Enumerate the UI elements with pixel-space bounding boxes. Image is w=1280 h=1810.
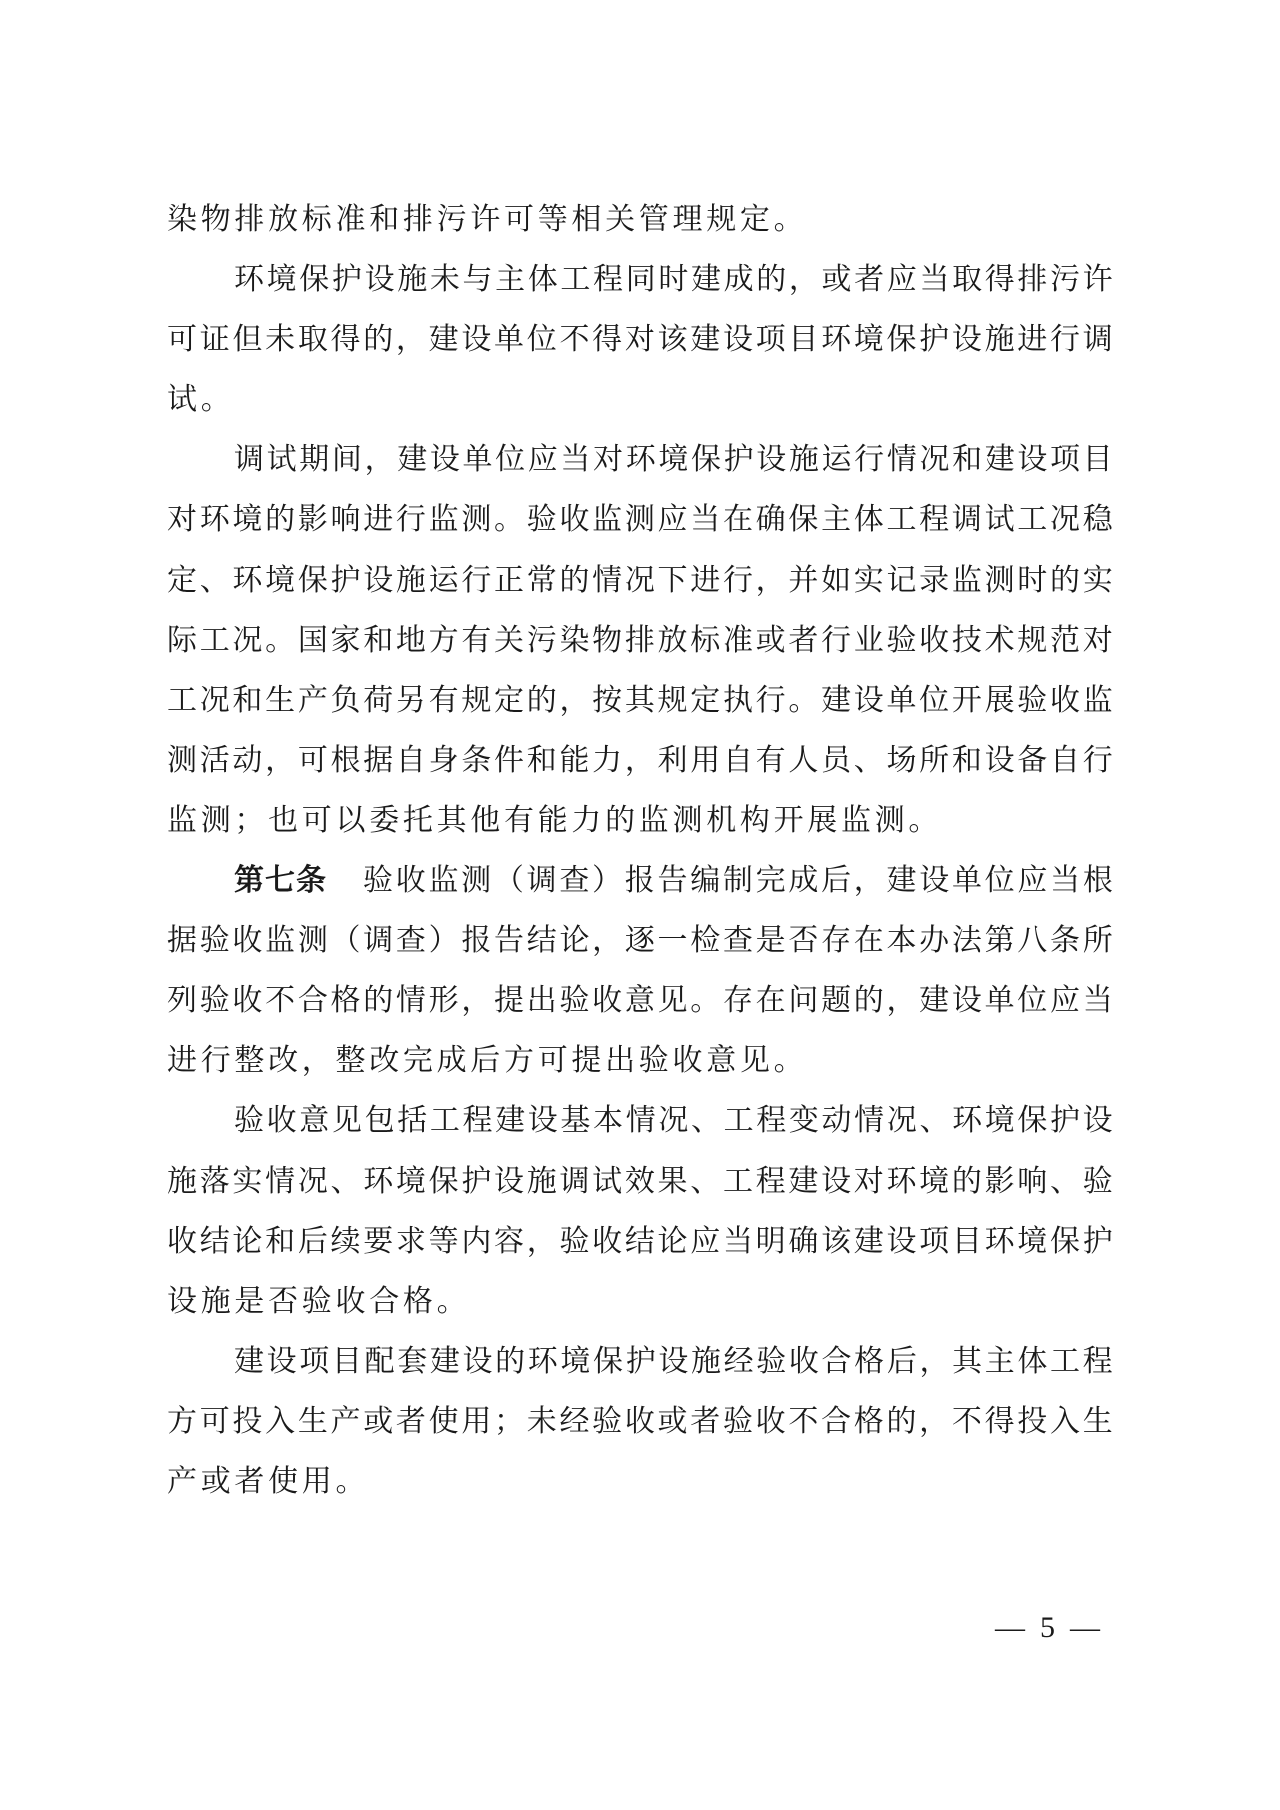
paragraph: 验收意见包括工程建设基本情况、工程变动情况、环境保护设施落实情况、环境保护设施调… bbox=[167, 1091, 1113, 1331]
paragraph: 调试期间，建设单位应当对环境保护设施运行情况和建设项目对环境的影响进行监测。验收… bbox=[167, 430, 1113, 851]
paragraph: 染物排放标准和排污许可等相关管理规定。 bbox=[167, 190, 1113, 250]
line-text: 设施是否验收合格。 bbox=[167, 1272, 470, 1332]
text-line: 对环境的影响进行监测。验收监测应当在确保主体工程调试工况稳 bbox=[167, 490, 1113, 550]
line-text: 列验收不合格的情形，提出验收意见。存在问题的，建设单位应当 bbox=[167, 971, 1113, 1031]
line-text: 监测；也可以委托其他有能力的监测机构开展监测。 bbox=[167, 791, 942, 851]
text-line: 据验收监测（调查）报告结论，逐一检查是否存在本办法第八条所 bbox=[167, 911, 1113, 971]
article-label: 第七条 bbox=[234, 851, 327, 911]
line-text: 调试期间，建设单位应当对环境保护设施运行情况和建设项目 bbox=[234, 430, 1113, 490]
text-line: 调试期间，建设单位应当对环境保护设施运行情况和建设项目 bbox=[167, 430, 1113, 490]
paragraph: 环境保护设施未与主体工程同时建成的，或者应当取得排污许可证但未取得的，建设单位不… bbox=[167, 250, 1113, 430]
text-line: 环境保护设施未与主体工程同时建成的，或者应当取得排污许 bbox=[167, 250, 1113, 310]
page-number: — 5 — bbox=[995, 1611, 1100, 1645]
text-line: 监测；也可以委托其他有能力的监测机构开展监测。 bbox=[167, 791, 1113, 851]
text-line: 列验收不合格的情形，提出验收意见。存在问题的，建设单位应当 bbox=[167, 971, 1113, 1031]
text-line: 第七条验收监测（调查）报告编制完成后，建设单位应当根 bbox=[167, 851, 1113, 911]
text-line: 染物排放标准和排污许可等相关管理规定。 bbox=[167, 190, 1113, 250]
line-text: 可证但未取得的，建设单位不得对该建设项目环境保护设施进行调 bbox=[167, 310, 1113, 370]
text-line: 设施是否验收合格。 bbox=[167, 1272, 1113, 1332]
line-text: 收结论和后续要求等内容，验收结论应当明确该建设项目环境保护 bbox=[167, 1212, 1113, 1272]
line-text: 产或者使用。 bbox=[167, 1452, 369, 1512]
paragraph: 建设项目配套建设的环境保护设施经验收合格后，其主体工程方可投入生产或者使用；未经… bbox=[167, 1332, 1113, 1512]
document-page: 染物排放标准和排污许可等相关管理规定。环境保护设施未与主体工程同时建成的，或者应… bbox=[0, 0, 1280, 1810]
text-line: 方可投入生产或者使用；未经验收或者验收不合格的，不得投入生 bbox=[167, 1392, 1113, 1452]
line-text: 施落实情况、环境保护设施调试效果、工程建设对环境的影响、验 bbox=[167, 1152, 1113, 1212]
text-line: 试。 bbox=[167, 370, 1113, 430]
paragraph: 第七条验收监测（调查）报告编制完成后，建设单位应当根据验收监测（调查）报告结论，… bbox=[167, 851, 1113, 1091]
text-line: 收结论和后续要求等内容，验收结论应当明确该建设项目环境保护 bbox=[167, 1212, 1113, 1272]
line-text: 试。 bbox=[167, 370, 234, 430]
document-body: 染物排放标准和排污许可等相关管理规定。环境保护设施未与主体工程同时建成的，或者应… bbox=[167, 190, 1113, 1512]
line-text: 染物排放标准和排污许可等相关管理规定。 bbox=[167, 190, 807, 250]
text-line: 产或者使用。 bbox=[167, 1452, 1113, 1512]
text-line: 工况和生产负荷另有规定的，按其规定执行。建设单位开展验收监 bbox=[167, 671, 1113, 731]
line-text: 据验收监测（调查）报告结论，逐一检查是否存在本办法第八条所 bbox=[167, 911, 1113, 971]
text-line: 际工况。国家和地方有关污染物排放标准或者行业验收技术规范对 bbox=[167, 611, 1113, 671]
text-line: 建设项目配套建设的环境保护设施经验收合格后，其主体工程 bbox=[167, 1332, 1113, 1392]
line-text: 对环境的影响进行监测。验收监测应当在确保主体工程调试工况稳 bbox=[167, 490, 1113, 550]
line-text: 环境保护设施未与主体工程同时建成的，或者应当取得排污许 bbox=[234, 250, 1113, 310]
line-text: 建设项目配套建设的环境保护设施经验收合格后，其主体工程 bbox=[234, 1332, 1113, 1392]
text-line: 定、环境保护设施运行正常的情况下进行，并如实记录监测时的实 bbox=[167, 551, 1113, 611]
line-text: 验收意见包括工程建设基本情况、工程变动情况、环境保护设 bbox=[234, 1091, 1113, 1151]
text-line: 可证但未取得的，建设单位不得对该建设项目环境保护设施进行调 bbox=[167, 310, 1113, 370]
line-text: 定、环境保护设施运行正常的情况下进行，并如实记录监测时的实 bbox=[167, 551, 1113, 611]
text-line: 验收意见包括工程建设基本情况、工程变动情况、环境保护设 bbox=[167, 1091, 1113, 1151]
line-text: 进行整改，整改完成后方可提出验收意见。 bbox=[167, 1031, 807, 1091]
text-line: 进行整改，整改完成后方可提出验收意见。 bbox=[167, 1031, 1113, 1091]
line-text: 测活动，可根据自身条件和能力，利用自有人员、场所和设备自行 bbox=[167, 731, 1113, 791]
text-line: 施落实情况、环境保护设施调试效果、工程建设对环境的影响、验 bbox=[167, 1152, 1113, 1212]
line-text: 际工况。国家和地方有关污染物排放标准或者行业验收技术规范对 bbox=[167, 611, 1113, 671]
text-line: 测活动，可根据自身条件和能力，利用自有人员、场所和设备自行 bbox=[167, 731, 1113, 791]
line-text: 方可投入生产或者使用；未经验收或者验收不合格的，不得投入生 bbox=[167, 1392, 1113, 1452]
line-text: 工况和生产负荷另有规定的，按其规定执行。建设单位开展验收监 bbox=[167, 671, 1113, 731]
line-text: 验收监测（调查）报告编制完成后，建设单位应当根 bbox=[363, 851, 1113, 911]
